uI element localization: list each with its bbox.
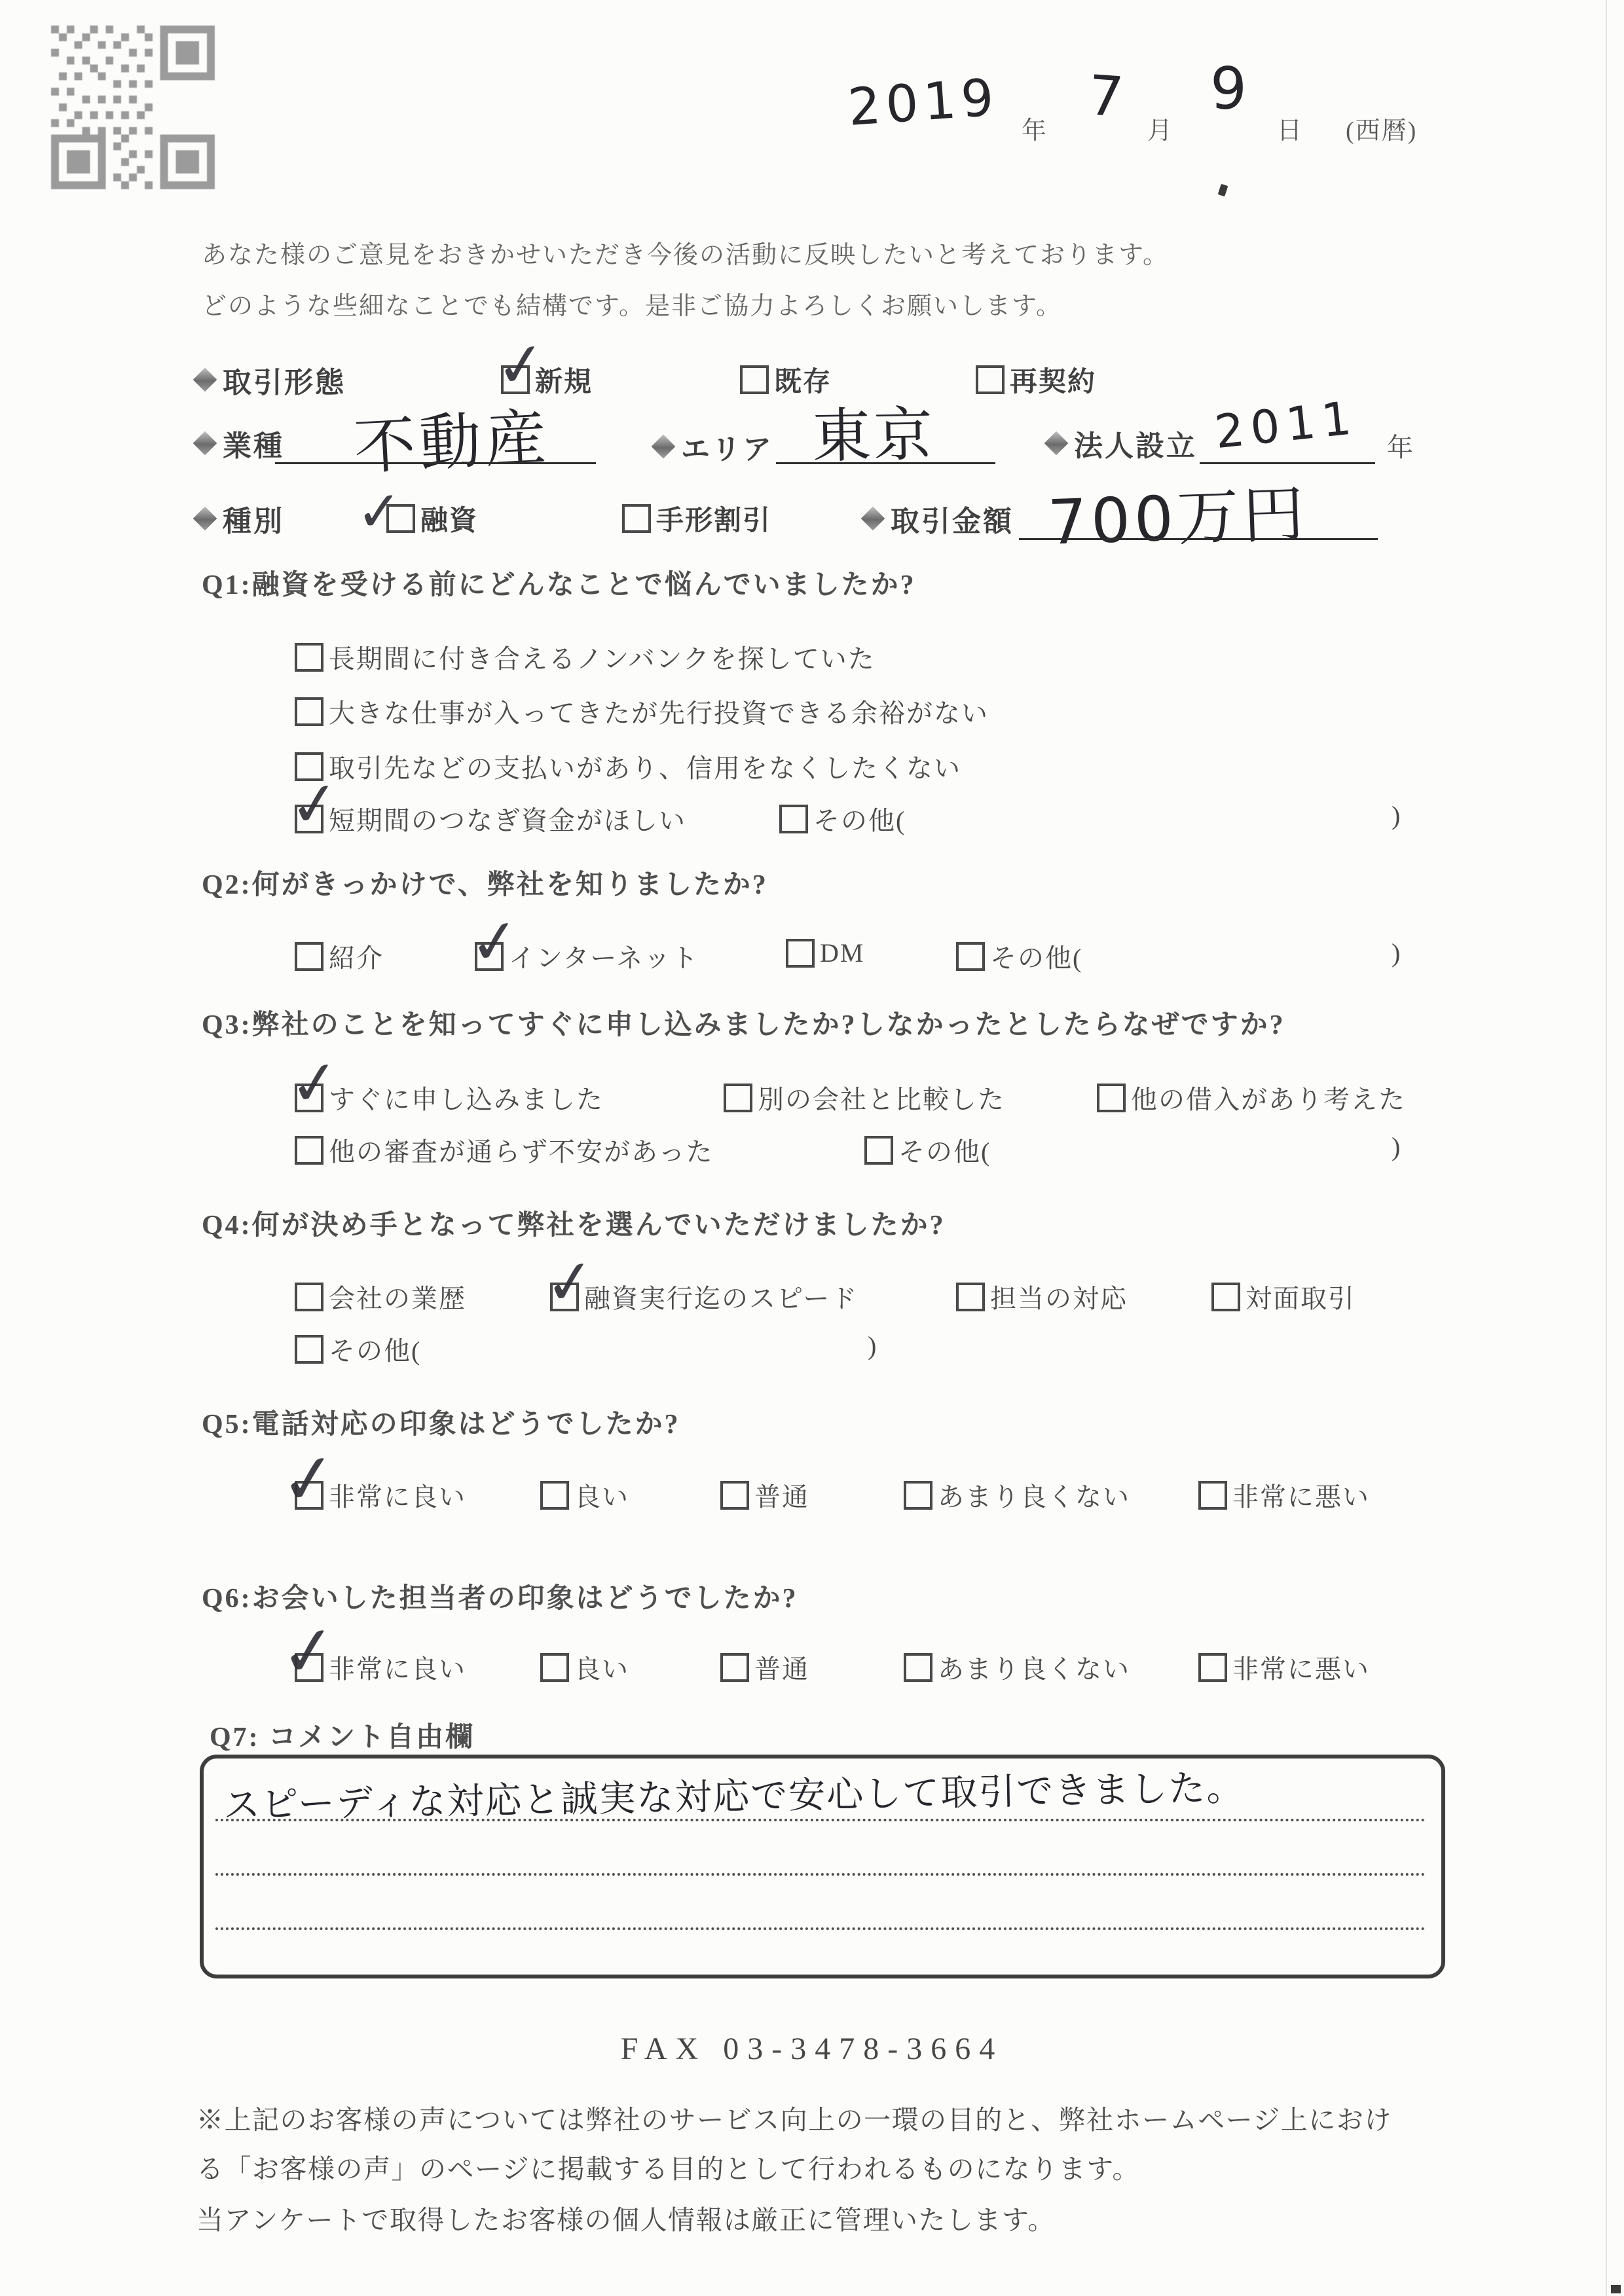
q2-option-other[interactable]: その他( <box>956 938 1082 975</box>
field-industry-value: 不動産 <box>352 388 553 486</box>
q5-title: Q5:電話対応の印象はどうでしたか? <box>202 1402 680 1442</box>
checkbox[interactable] <box>864 1136 893 1165</box>
scan-edge-line <box>1606 0 1607 2296</box>
checkbox[interactable] <box>622 504 651 533</box>
date-year-value: 2019 <box>846 68 1001 137</box>
q4-option-other[interactable]: その他( <box>295 1330 421 1368</box>
q6-option-very-bad[interactable]: 非常に悪い <box>1198 1649 1370 1686</box>
q5-option-not-good[interactable]: あまり良くない <box>904 1476 1130 1514</box>
q5-option-good[interactable]: 良い <box>540 1476 629 1514</box>
field-established-value: 2011 <box>1212 391 1360 459</box>
q6-option-normal[interactable]: 普通 <box>720 1649 809 1686</box>
field-amount-label: 取引金額 <box>864 498 1014 539</box>
ruled-line <box>215 1873 1426 1876</box>
q2-other-close-paren: ) <box>1392 938 1400 968</box>
diamond-icon <box>193 431 217 456</box>
q3-option-screening-anxiety[interactable]: 他の審査が通らず不安があった <box>295 1131 714 1169</box>
q4-option-staff-response[interactable]: 担当の対応 <box>956 1278 1128 1315</box>
q6-option-very-good[interactable]: 非常に良い <box>295 1649 466 1686</box>
underline <box>1200 462 1375 464</box>
q1-option-4[interactable]: 短期間のつなぎ資金がほしい <box>295 800 686 837</box>
footer-note-line-1: ※上記のお客様の声については弊社のサービス向上の一環の目的と、弊社ホームページ上… <box>196 2098 1392 2137</box>
pen-mark-artifact <box>1218 184 1228 197</box>
q4-title: Q4:何が決め手となって弊社を選んでいただけましたか? <box>202 1203 946 1243</box>
checkbox[interactable] <box>1198 1653 1227 1682</box>
checkbox[interactable] <box>295 1283 323 1311</box>
footer-note-line-2: る「お客様の声」のページに掲載する目的として行われるものになります。 <box>196 2147 1140 2186</box>
date-day-label: 日 <box>1277 110 1302 146</box>
underline <box>1019 538 1378 540</box>
q2-option-dm[interactable]: DM <box>786 938 864 968</box>
checkbox[interactable] <box>295 643 323 672</box>
field-area-value: 東京 <box>811 386 936 473</box>
checkbox[interactable] <box>1211 1283 1240 1311</box>
q3-option-other-loans[interactable]: 他の借入があり考えた <box>1097 1079 1406 1116</box>
intro-line-2: どのような些細なことでも結構です。是非ご協力よろしくお願いします。 <box>202 285 1062 321</box>
q1-option-1[interactable]: 長期間に付き合えるノンバンクを探していた <box>295 638 876 676</box>
checkbox[interactable] <box>1097 1084 1126 1112</box>
option-category-loan[interactable]: 融資 <box>386 499 478 538</box>
underline <box>776 462 995 464</box>
checkbox[interactable] <box>779 805 808 833</box>
checkbox[interactable] <box>956 942 985 971</box>
checkbox[interactable] <box>550 1283 579 1311</box>
q2-title: Q2:何がきっかけで、弊社を知りましたか? <box>202 863 768 902</box>
date-day-value: 9 <box>1210 55 1247 122</box>
q1-option-other[interactable]: その他( <box>779 800 906 837</box>
questionnaire-scan-page: 2019 年 7 月 9 日 (西暦) あなた様のご意見をおきかせいただき今後の… <box>0 0 1624 2296</box>
q4-option-face-to-face[interactable]: 対面取引 <box>1211 1278 1356 1315</box>
q5-option-normal[interactable]: 普通 <box>720 1476 809 1514</box>
diamond-icon <box>652 435 676 459</box>
field-amount-value: 700万円 <box>1046 464 1310 562</box>
diamond-icon <box>1044 431 1069 456</box>
checkbox[interactable] <box>295 805 323 833</box>
field-established-suffix: 年 <box>1387 427 1413 464</box>
checkbox[interactable] <box>540 1653 569 1682</box>
date-calendar-note: (西暦) <box>1346 110 1417 146</box>
q6-option-good[interactable]: 良い <box>540 1649 629 1686</box>
field-established-label: 法人設立 <box>1048 422 1197 464</box>
scan-corner-speck <box>1611 2285 1621 2293</box>
fax-number: FAX 03-3478-3664 <box>0 2031 1624 2067</box>
checkbox[interactable] <box>976 365 1005 394</box>
q3-option-applied-immediately[interactable]: すぐに申し込みました <box>295 1079 604 1116</box>
intro-line-1: あなた様のご意見をおきかせいただき今後の活動に反映したいと考えております。 <box>202 234 1169 270</box>
checkbox[interactable] <box>956 1283 985 1311</box>
checkbox[interactable] <box>720 1481 749 1510</box>
q5-option-very-good[interactable]: 非常に良い <box>295 1476 466 1514</box>
checkbox[interactable] <box>386 504 415 533</box>
checkbox[interactable] <box>295 1335 323 1364</box>
q3-title: Q3:弊社のことを知ってすぐに申し込みましたか?しなかったとしたらなぜですか? <box>202 1003 1285 1042</box>
footer-note-line-3: 当アンケートで取得したお客様の個人情報は厳正に管理いたします。 <box>196 2198 1056 2237</box>
checkbox[interactable] <box>740 365 769 394</box>
field-area-label: エリア <box>655 426 773 467</box>
date-year-label: 年 <box>1022 110 1046 146</box>
underline <box>275 462 596 464</box>
q1-option-2[interactable]: 大きな仕事が入ってきたが先行投資できる余裕がない <box>295 693 989 730</box>
date-month-value: 7 <box>1086 63 1126 129</box>
checkbox[interactable] <box>295 1136 323 1165</box>
q6-title: Q6:お会いした担当者の印象はどうでしたか? <box>202 1576 798 1616</box>
q3-option-other[interactable]: その他( <box>864 1131 991 1169</box>
checkbox[interactable] <box>904 1653 932 1682</box>
checkbox[interactable] <box>904 1481 932 1510</box>
comment-box[interactable]: スピーディな対応と誠実な対応で安心して取引できました。 <box>200 1755 1445 1978</box>
field-category-label: 種別 <box>196 498 284 539</box>
ruled-line <box>215 1819 1426 1821</box>
date-month-label: 月 <box>1147 110 1172 146</box>
checkbox[interactable] <box>720 1653 749 1682</box>
checkbox[interactable] <box>786 939 815 968</box>
q3-other-close-paren: ) <box>1392 1131 1400 1162</box>
q4-option-company-history[interactable]: 会社の業歴 <box>295 1278 466 1315</box>
q1-title: Q1:融資を受ける前にどんなことで悩んでいましたか? <box>202 563 916 602</box>
q6-option-not-good[interactable]: あまり良くない <box>904 1649 1130 1686</box>
option-category-bill-discount[interactable]: 手形割引 <box>622 499 771 538</box>
diamond-icon <box>861 507 885 531</box>
field-deal-type-label: 取引形態 <box>196 359 346 401</box>
checkbox[interactable] <box>1198 1481 1227 1510</box>
checkbox[interactable] <box>295 942 323 971</box>
q1-other-close-paren: ) <box>1392 800 1400 831</box>
q2-option-referral[interactable]: 紹介 <box>295 938 384 975</box>
diamond-icon <box>193 368 217 392</box>
q2-option-internet[interactable]: インターネット <box>475 938 699 975</box>
checkbox[interactable] <box>724 1084 752 1112</box>
checkbox[interactable] <box>295 1653 323 1682</box>
q4-option-loan-speed[interactable]: 融資実行迄のスピード <box>550 1278 858 1315</box>
checkbox[interactable] <box>540 1481 569 1510</box>
diamond-icon <box>193 507 217 531</box>
q1-option-3[interactable]: 取引先などの支払いがあり、信用をなくしたくない <box>295 748 961 785</box>
q3-option-compared[interactable]: 別の会社と比較した <box>724 1079 1005 1116</box>
checkbox[interactable] <box>295 1481 323 1510</box>
qr-code-icon <box>51 18 215 196</box>
checkbox[interactable] <box>295 697 323 726</box>
q5-option-very-bad[interactable]: 非常に悪い <box>1198 1476 1370 1514</box>
q4-other-close-paren: ) <box>868 1330 876 1361</box>
q7-title: Q7: コメント自由欄 <box>210 1715 475 1755</box>
option-deal-renewal[interactable]: 再契約 <box>976 360 1096 399</box>
checkbox[interactable] <box>475 942 504 971</box>
checkbox[interactable] <box>295 1084 323 1112</box>
field-industry-label: 業種 <box>196 422 284 464</box>
ruled-line <box>215 1927 1426 1930</box>
